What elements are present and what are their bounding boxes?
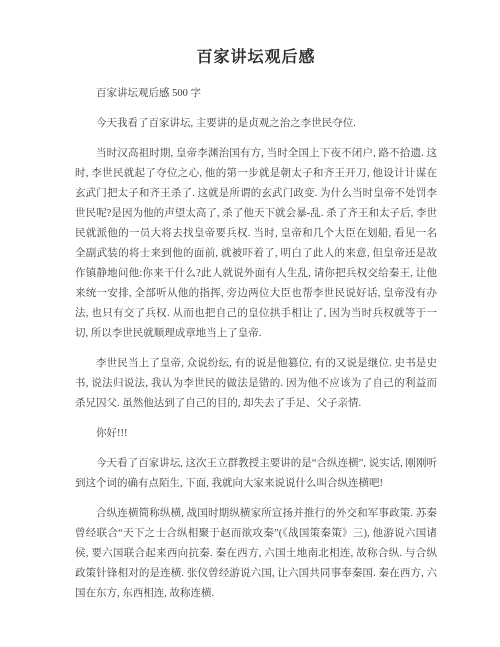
paragraph-greeting: 你好!!! (75, 424, 437, 444)
paragraph-hezong-lianheng-intro: 今天看了百家讲坛, 这次王立群教授主要讲的是“合纵连横”, 说实话, 刚刚听到这… (75, 454, 437, 494)
document-page: 百家讲坛观后感 百家讲坛观后感 500 字 今天我看了百家讲坛, 主要讲的是贞观… (0, 0, 500, 647)
paragraph-intro: 今天我看了百家讲坛, 主要讲的是贞观之治之李世民夺位. (75, 114, 437, 134)
document-title: 百家讲坛观后感 (75, 46, 437, 70)
paragraph-hezong-lianheng-explanation: 合纵连横简称纵横, 战国时期纵横家所宣扬并推行的外交和军事政策. 苏秦曾经联合“… (75, 504, 437, 604)
document-subtitle: 百家讲坛观后感 500 字 (75, 84, 437, 104)
paragraph-opinion: 李世民当上了皇帝, 众说纷纭, 有的说是他篡位, 有的又说是继位. 史书是史书,… (75, 354, 437, 414)
paragraph-xuanwu-gate-story: 当时汉高祖时期, 皇帝李渊治国有方, 当时全国上下夜不闭户, 路不拾遗. 这时,… (75, 144, 437, 344)
